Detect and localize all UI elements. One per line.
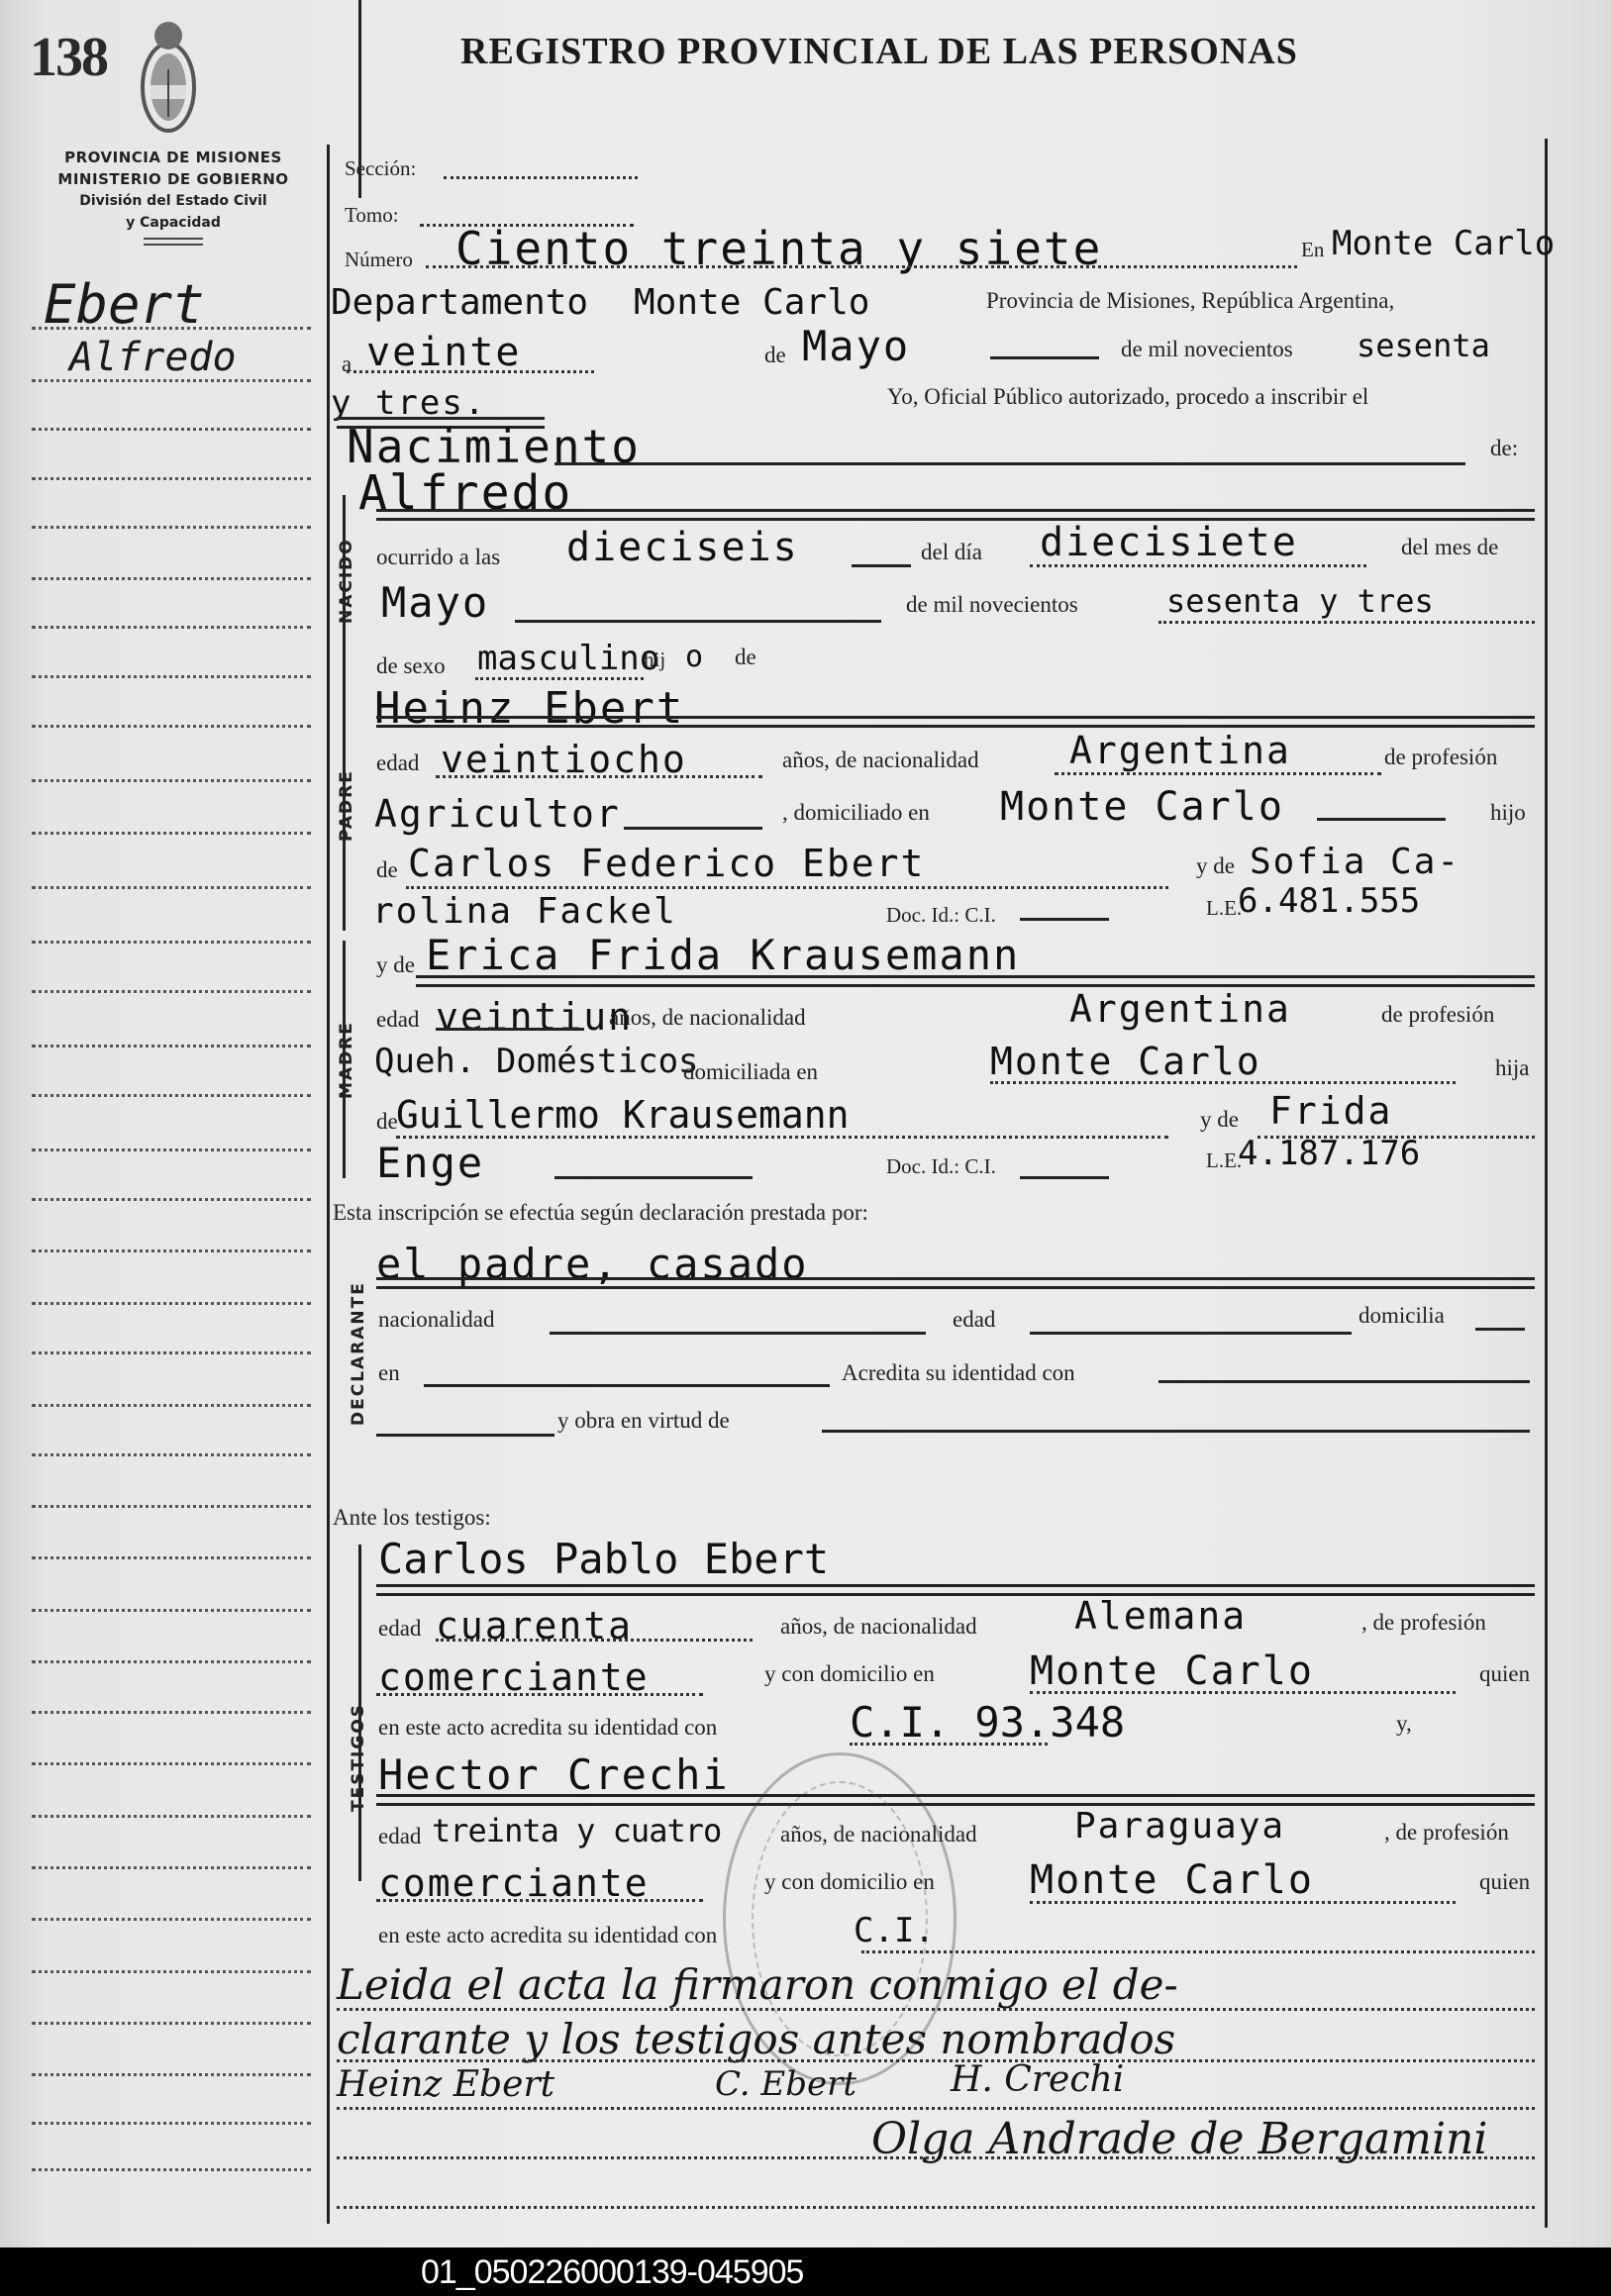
margin-line <box>32 886 311 889</box>
madre-profesion-value: Queh. Domésticos <box>374 1042 699 1081</box>
padre-le-label: L.E. <box>1206 896 1242 921</box>
padre-domicilio-value: Monte Carlo <box>1000 784 1284 830</box>
margin-line <box>32 1918 311 1921</box>
padre-madre-cont-value: rolina Fackel <box>372 891 677 932</box>
declarante-edad-field <box>1030 1332 1352 1335</box>
padre-y-de-label: y de <box>1196 853 1235 879</box>
witness-2-edad-value: treinta y cuatro <box>432 1812 721 1849</box>
padre-padre-field <box>406 886 1168 889</box>
margin-given-name: Alfredo <box>69 335 237 380</box>
margin-line <box>32 1404 311 1407</box>
inscripcion-mes-line <box>990 356 1099 359</box>
witness-1-documento-field <box>850 1743 1048 1746</box>
margin-line <box>32 1198 311 1201</box>
margin-line <box>32 1453 311 1456</box>
nacido-nombre-line <box>376 509 1535 521</box>
acto-line <box>554 462 1465 465</box>
madre-ci-line <box>1020 1176 1109 1179</box>
madre-edad-value: veintiun <box>436 995 633 1039</box>
padre-nacionalidad-field <box>1055 772 1381 775</box>
nacimiento-anio-field <box>1158 621 1535 624</box>
nacimiento-anio-value: sesenta y tres <box>1166 582 1434 620</box>
witness-2-domicilio-value: Monte Carlo <box>1030 1857 1314 1903</box>
witness-2-nombre-line <box>376 1794 1535 1806</box>
padre-nacionalidad-value: Argentina <box>1069 729 1291 772</box>
declarante-domicilio-label: domicilia <box>1359 1303 1445 1329</box>
provincia-text: Provincia de Misiones, República Argenti… <box>986 288 1394 314</box>
madre-edad-line <box>436 1028 584 1031</box>
padre-edad-field <box>436 775 762 778</box>
declarante-edad-label: edad <box>953 1307 995 1333</box>
inscripcion-dia-field <box>347 370 594 373</box>
declarante-nacionalidad-label: nacionalidad <box>378 1307 495 1333</box>
closing-text-line-2: clarante y los testigos antes nombrados <box>337 2015 1175 2063</box>
witness-1-acredita-label: en este acto acredita su identidad con <box>378 1715 717 1741</box>
margin-line <box>32 1762 311 1765</box>
nacimiento-anio-label: de mil novecientos <box>906 592 1078 618</box>
padre-padre-value: Carlos Federico Ebert <box>408 842 925 885</box>
witness-2-nombre-value: Hector Crechi <box>378 1750 730 1799</box>
madre-nombre-value: Erica Frida Krausemann <box>426 931 1020 979</box>
margin-line <box>32 1556 311 1559</box>
witness-1-nacionalidad-label: años, de nacionalidad <box>780 1614 977 1640</box>
witness-1-edad-field <box>436 1639 753 1642</box>
agency-division: División del Estado Civil <box>30 190 317 212</box>
agency-ministry: MINISTERIO DE GOBIERNO <box>30 168 317 190</box>
en-label: En <box>1301 238 1324 262</box>
madre-doc-label: Doc. Id.: C.I. <box>886 1154 996 1179</box>
witness-2-domicilio-field <box>1030 1901 1456 1904</box>
margin-line <box>32 1815 311 1818</box>
margin-line <box>32 2022 311 2025</box>
declarante-nombre-line <box>376 1277 1535 1289</box>
witness-1-profesion-label: , de profesión <box>1361 1610 1486 1636</box>
witness-1-domicilio-field <box>1030 1691 1456 1694</box>
declarante-obra-label: y obra en virtud de <box>557 1408 730 1434</box>
nacimiento-dia-value: diecisiete <box>1040 520 1298 565</box>
madre-de-label: de <box>376 1109 398 1135</box>
witness-2-acredita-label: en este acto acredita su identidad con <box>378 1923 717 1948</box>
witness-1-quien-label: quien <box>1479 1661 1530 1687</box>
declarante-acredita-label: Acredita su identidad con <box>842 1360 1075 1386</box>
margin-line <box>32 990 311 993</box>
madre-section-label: MADRE <box>337 1021 356 1099</box>
scan-footer-bar: 01_050226000139-045905 <box>0 2247 1611 2296</box>
madre-madre-value: Frida <box>1269 1089 1392 1133</box>
signature-declarante: Heinz Ebert <box>337 2064 554 2105</box>
departamento-value: Monte Carlo <box>634 282 869 323</box>
agency-province: PROVINCIA DE MISIONES <box>30 147 317 168</box>
witness-1-edad-label: edad <box>378 1616 421 1642</box>
madre-domicilio-label: domiciliada en <box>683 1059 818 1085</box>
nacimiento-mes-value: Mayo <box>381 578 489 627</box>
declarante-acredita-field <box>1158 1380 1530 1383</box>
margin-line <box>32 1505 311 1508</box>
margin-line <box>32 477 311 480</box>
hijo-suffix-value: o <box>685 640 705 674</box>
margin-line <box>32 1866 311 1869</box>
padre-profesion-label: de profesión <box>1384 745 1497 770</box>
signature-official: Olga Andrade de Bergamini <box>871 2114 1487 2164</box>
witness-2-quien-label: quien <box>1479 1869 1530 1895</box>
witness-2-profesion-label: , de profesión <box>1384 1820 1509 1846</box>
numero-field <box>426 265 1297 268</box>
margin-line <box>32 1970 311 1973</box>
page-number: 138 <box>30 26 107 89</box>
witness-2-profesion-field <box>376 1899 703 1902</box>
margin-line <box>32 779 311 782</box>
margin-line <box>32 2168 311 2171</box>
nacimiento-dia-field <box>1030 564 1366 567</box>
closing-line-3-rule <box>337 2107 1535 2110</box>
madre-le-label: L.E. <box>1206 1148 1242 1173</box>
sexo-field <box>475 677 644 680</box>
margin-line <box>32 2122 311 2125</box>
witness-1-nombre-line <box>376 1584 1535 1596</box>
witness-2-edad-label: edad <box>378 1824 421 1849</box>
signature-witness-1: C. Ebert <box>715 2064 856 2104</box>
padre-madre-value: Sofia Ca- <box>1250 842 1460 882</box>
padre-nacionalidad-label: años, de nacionalidad <box>782 748 979 773</box>
margin-line <box>32 1660 311 1663</box>
declarante-en-label: en <box>378 1360 400 1386</box>
madre-nacionalidad-label: años, de nacionalidad <box>609 1005 806 1031</box>
padre-domicilio-label: , domiciliado en <box>782 800 930 826</box>
oficial-text: Yo, Oficial Público autorizado, procedo … <box>887 384 1368 410</box>
padre-domicilio-line <box>1317 818 1446 821</box>
witness-1-nombre-value: Carlos Pablo Ebert <box>378 1535 829 1583</box>
padre-profesion-value: Agricultor <box>374 792 621 836</box>
witness-1-domicilio-value: Monte Carlo <box>1030 1648 1314 1694</box>
witness-2-nacionalidad-value: Paraguaya <box>1074 1806 1285 1847</box>
madre-padre-value: Guillermo Krausemann <box>396 1093 850 1137</box>
agency-underline <box>144 238 203 246</box>
padre-ci-line <box>1020 918 1109 921</box>
padre-section-label: PADRE <box>337 769 356 842</box>
margin-line <box>32 675 311 678</box>
margin-line <box>32 1609 311 1612</box>
padre-de-label: de <box>376 857 398 883</box>
nacimiento-mes-line <box>515 620 881 623</box>
fecha-a-label: a <box>342 351 352 377</box>
sexo-label: de sexo <box>376 653 446 679</box>
declarante-section-label: DECLARANTE <box>349 1281 368 1426</box>
margin-line <box>32 428 311 431</box>
seccion-label: Sección: <box>345 156 416 181</box>
margin-line <box>32 1045 311 1048</box>
padre-hijo-label: hijo <box>1490 800 1526 826</box>
witness-1-nacionalidad-value: Alemana <box>1074 1594 1247 1638</box>
madre-le-value: 4.187.176 <box>1238 1134 1420 1173</box>
mes-label: del mes de <box>1401 535 1498 560</box>
inscripcion-dia-value: veinte <box>366 330 522 375</box>
inscripcion-mes-value: Mayo <box>802 322 910 370</box>
madre-edad-label: edad <box>376 1007 419 1033</box>
padre-profesion-line <box>624 827 762 830</box>
closing-line-1-rule <box>337 2008 1535 2011</box>
madre-madre-cont-line <box>554 1176 753 1179</box>
madre-domicilio-field <box>990 1081 1456 1084</box>
padre-nombre-line <box>376 716 1535 728</box>
form-right-border <box>1545 139 1548 2228</box>
margin-line <box>32 1148 311 1151</box>
inscripcion-anio-value: sesenta <box>1357 327 1490 364</box>
margin-line <box>32 1302 311 1305</box>
margin-line <box>32 626 311 629</box>
margin-line <box>32 327 311 330</box>
madre-hija-label: hija <box>1495 1055 1530 1081</box>
acto-de-label: de: <box>1490 436 1518 461</box>
margin-line <box>32 725 311 728</box>
witness-1-documento-value: C.I. 93.348 <box>850 1698 1125 1747</box>
agency-block: PROVINCIA DE MISIONES MINISTERIO DE GOBI… <box>30 147 317 246</box>
en-value: Monte Carlo <box>1332 224 1555 263</box>
closing-line-2-rule <box>337 2059 1535 2062</box>
departamento-label: Departamento <box>331 282 588 323</box>
margin-line <box>32 1351 311 1354</box>
margin-line <box>32 526 311 529</box>
agency-division-cont: y Capacidad <box>30 212 317 234</box>
document-title: REGISTRO PROVINCIAL DE LAS PERSONAS <box>460 30 1298 73</box>
margin-line <box>32 379 311 382</box>
hora-line <box>852 564 911 567</box>
madre-y-de-label: y de <box>376 952 415 978</box>
declarante-section-rule <box>358 0 361 198</box>
padre-le-value: 6.481.555 <box>1238 881 1420 921</box>
birth-certificate-page: 138 REGISTRO PROVINCIAL DE LAS PERSONAS … <box>0 0 1611 2247</box>
seccion-field <box>444 176 638 179</box>
argentine-coat-of-arms-icon <box>137 14 200 139</box>
sexo-value: masculino <box>477 639 659 678</box>
declarante-en-field <box>424 1384 830 1387</box>
testigos-intro: Ante los testigos: <box>333 1505 491 1531</box>
witness-1-profesion-field <box>376 1693 703 1696</box>
fecha-de-label: de <box>764 343 786 368</box>
declarante-intro: Esta inscripción se efectúa según declar… <box>333 1200 868 1226</box>
padre-doc-label: Doc. Id.: C.I. <box>886 903 996 928</box>
declarante-obra-field <box>822 1430 1530 1433</box>
inscripcion-anio-label: de mil novecientos <box>1121 337 1293 362</box>
madre-domicilio-value: Monte Carlo <box>990 1040 1261 1083</box>
witness-1-domicilio-label: y con domicilio en <box>764 1661 935 1687</box>
form-left-border <box>327 145 330 2224</box>
hijo-label: hij <box>644 648 665 672</box>
signature-witness-2: H. Crechi <box>951 2059 1124 2100</box>
hora-label: ocurrido a las <box>376 545 500 570</box>
declarante-obra-pre-field <box>376 1434 554 1437</box>
hijo-de-label: de <box>735 645 756 670</box>
declarante-nacionalidad-field <box>550 1332 926 1335</box>
madre-y-de-label-2: y de <box>1200 1107 1239 1133</box>
tomo-label: Tomo: <box>345 203 399 228</box>
closing-line-5-rule <box>337 2206 1535 2209</box>
witness-2-documento-field <box>861 1950 1535 1953</box>
hora-value: dieciseis <box>566 525 799 570</box>
testigos-section-label: TESTIGOS <box>349 1703 368 1812</box>
madre-profesion-label: de profesión <box>1381 1002 1494 1028</box>
margin-line <box>32 1094 311 1097</box>
madre-nacionalidad-value: Argentina <box>1069 987 1291 1031</box>
scan-id: 01_050226000139-045905 <box>421 2253 803 2292</box>
margin-line <box>32 1249 311 1252</box>
madre-nombre-line <box>416 975 1535 987</box>
padre-edad-label: edad <box>376 750 419 776</box>
dia-label: del día <box>921 540 982 565</box>
margin-line <box>32 2073 311 2076</box>
margin-line <box>32 832 311 835</box>
nacido-section-label: NACIDO <box>337 538 356 624</box>
closing-text-line-1: Leida el acta la firmaron conmigo el de- <box>337 1960 1178 2009</box>
margin-line <box>32 941 311 944</box>
witness-1-y-label: y, <box>1396 1711 1412 1737</box>
margin-line <box>32 577 311 580</box>
madre-padre-field <box>396 1136 1168 1139</box>
madre-madre-cont-value: Enge <box>376 1139 484 1187</box>
margin-line <box>32 1711 311 1714</box>
numero-label: Número <box>345 248 413 272</box>
declarante-domicilio-field <box>1475 1328 1525 1331</box>
